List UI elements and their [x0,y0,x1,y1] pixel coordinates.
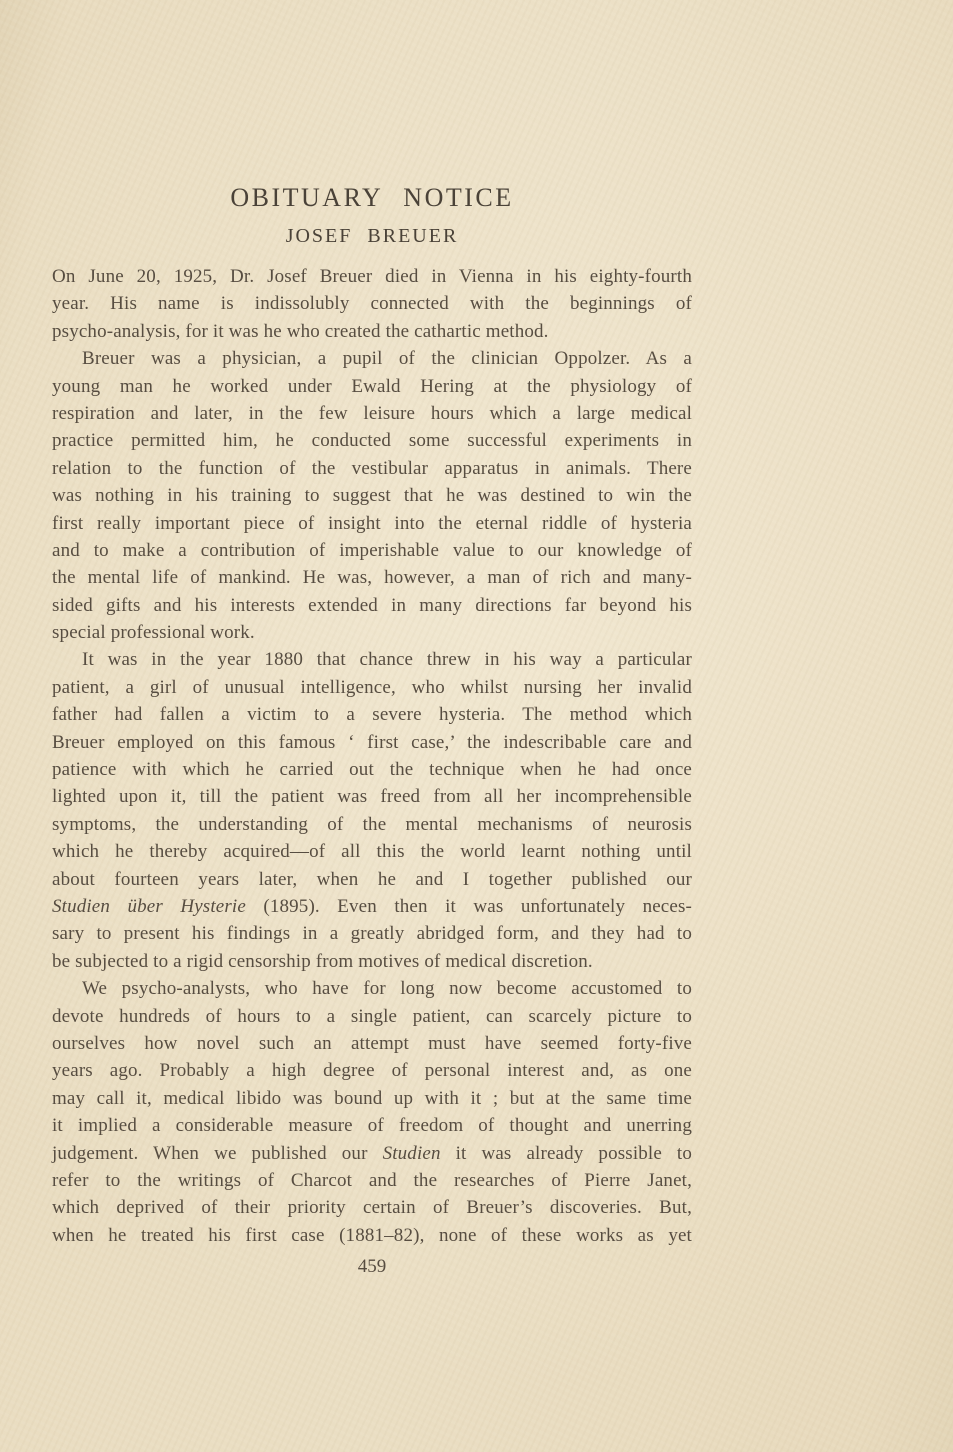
text-line: may call it, medical libido was bound up… [52,1085,692,1112]
text-line: relation to the function of the vestibul… [52,455,692,482]
body-text: On June 20, 1925, Dr. Josef Breuer died … [52,263,692,1249]
text-line: patient, a girl of unusual intelligence,… [52,674,692,701]
text-line: it implied a considerable measure of fre… [52,1112,692,1139]
text-line: first really important piece of insight … [52,510,692,537]
text-line: We psycho-analysts, who have for long no… [52,975,692,1002]
page-number: 459 [52,1256,692,1278]
text-line: when he treated his first case (1881–82)… [52,1222,692,1249]
text-line: and to make a contribution of imperishab… [52,537,692,564]
paragraph: We psycho-analysts, who have for long no… [52,975,692,1249]
page-subtitle: JOSEF BREUER [52,225,692,248]
text-line: year. His name is indissolubly connected… [52,290,692,317]
text-line: ourselves how novel such an attempt must… [52,1030,692,1057]
text-line: symptoms, the understanding of the menta… [52,811,692,838]
text-line: patience with which he carried out the t… [52,756,692,783]
text-line: Studien über Hysterie (1895). Even then … [52,893,692,920]
text-line: sary to present his findings in a greatl… [52,920,692,947]
text-line: be subjected to a rigid censorship from … [52,948,692,975]
text-line: young man he worked under Ewald Hering a… [52,373,692,400]
text-line: On June 20, 1925, Dr. Josef Breuer died … [52,263,692,290]
text-line: father had fallen a victim to a severe h… [52,701,692,728]
text-line: which he thereby acquired—of all this th… [52,838,692,865]
text-line: special professional work. [52,619,692,646]
text-line: the mental life of mankind. He was, howe… [52,564,692,591]
text-line: Breuer employed on this famous ‘ first c… [52,729,692,756]
paragraph: It was in the year 1880 that chance thre… [52,646,692,975]
text-line: lighted upon it, till the patient was fr… [52,783,692,810]
text-line: devote hundreds of hours to a single pat… [52,1003,692,1030]
text-line: judgement. When we published our Studien… [52,1140,692,1167]
text-line: which deprived of their priority certain… [52,1194,692,1221]
text-line: It was in the year 1880 that chance thre… [52,646,692,673]
text-line: psycho-analysis, for it was he who creat… [52,318,692,345]
text-line: respiration and later, in the few leisur… [52,400,692,427]
book-page: OBITUARY NOTICE JOSEF BREUER On June 20,… [0,0,953,1452]
text-line: years ago. Probably a high degree of per… [52,1057,692,1084]
paragraph: On June 20, 1925, Dr. Josef Breuer died … [52,263,692,345]
text-line: practice permitted him, he conducted som… [52,427,692,454]
text-line: sided gifts and his interests extended i… [52,592,692,619]
text-line: about fourteen years later, when he and … [52,866,692,893]
page-content: OBITUARY NOTICE JOSEF BREUER On June 20,… [52,183,692,1278]
text-line: refer to the writings of Charcot and the… [52,1167,692,1194]
text-line: was nothing in his training to suggest t… [52,482,692,509]
paragraph: Breuer was a physician, a pupil of the c… [52,345,692,646]
page-title: OBITUARY NOTICE [52,183,692,213]
text-line: Breuer was a physician, a pupil of the c… [52,345,692,372]
